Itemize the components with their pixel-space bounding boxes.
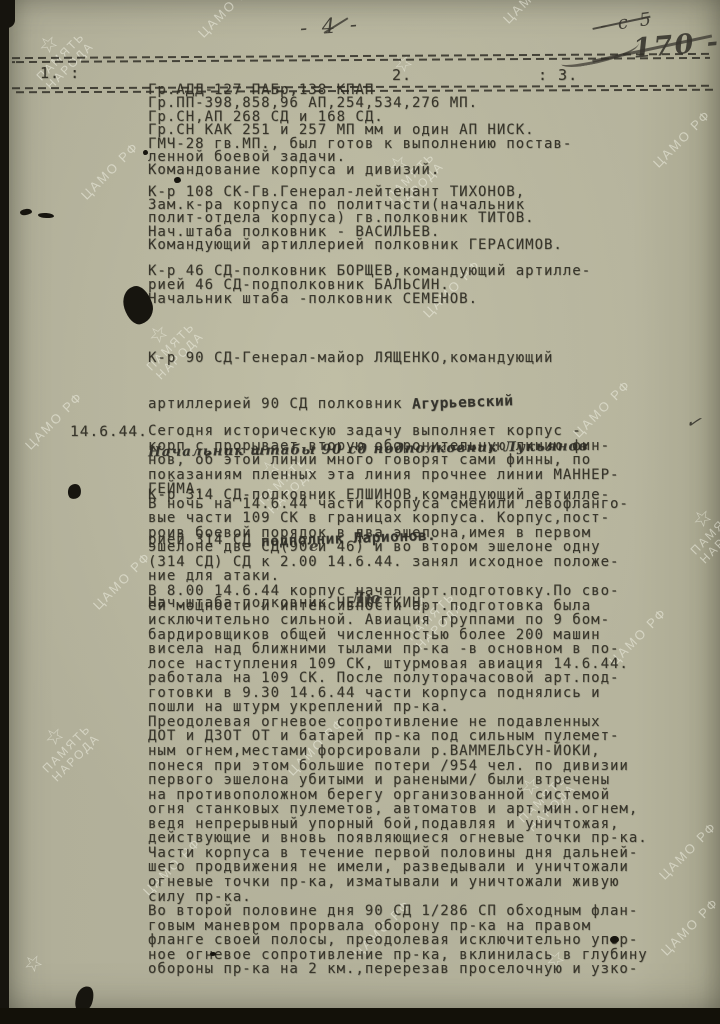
typed-line: ным огнем,местами форсировали р.ВАММЕЛЬС… <box>148 744 648 759</box>
typed-line: исключительно сильной. Авиация группами … <box>148 613 648 628</box>
corps-command-section: К-р 108 СК-Гв.Генерал-лейтенант ТИХОНОВ,… <box>148 186 563 252</box>
typed-line: понеся при этом большие потери /954 чел.… <box>148 759 648 774</box>
typed-line: К-р 90 СД-Генерал-майор ЛЯЩЕНКО,командую… <box>148 352 610 366</box>
page-number-mark: - 4 - <box>299 12 361 40</box>
typed-line: вые части 109 СК в границах корпуса. Кор… <box>148 511 648 526</box>
entry-date: 14.6.44. <box>70 424 148 440</box>
scanned-document-page: ☆ПАМЯТЬНАРОДАЦАМО РФЦАМО РФ☆ЦАМО РФ☆ПАМЯ… <box>0 0 720 1024</box>
archive-watermark-text: ЦАМО РФ <box>650 107 714 171</box>
typed-line: Во второй половине дня 90 СД 1/286 СП об… <box>148 904 648 919</box>
watermark-archive: ЦАМО РФ <box>656 819 720 884</box>
star-icon: ☆ <box>18 948 48 978</box>
typed-line: В ночь на 14.6.44 части корпуса сменили … <box>148 497 648 512</box>
watermark-archive: ЦАМО РФ <box>500 0 565 28</box>
typed-line: пошли на штурм укреплений пр-ка. <box>148 700 648 715</box>
paper-hole <box>143 150 148 155</box>
paper-hole <box>38 212 54 218</box>
typed-line: работала на 109 СК. После полуторачасово… <box>148 671 648 686</box>
typed-line: первого эшелона убитыми и ранеными/ были… <box>148 773 648 788</box>
archive-watermark-text: ЦАМО РФ <box>78 139 142 203</box>
watermark-archive: ЦАМО РФ <box>90 549 155 614</box>
typed-line: обороны пр-ка на 2 км.,перерезав просело… <box>148 962 648 977</box>
typed-line: (314 СД) СД к 2.00 14.6.44. занял исходн… <box>148 555 648 570</box>
handwritten-name-agurevsky: Агурьевский <box>412 395 514 412</box>
typed-line: эшелоне две СД(90 и 46) и во втором эшел… <box>148 540 648 555</box>
typed-line: В 8.00 14.6.44 корпус начал арт.подготов… <box>148 584 648 599</box>
typed-line: действующие и вновь появляющиеся огневые… <box>148 831 648 846</box>
watermark-archive: ЦАМО РФ <box>22 389 87 454</box>
archive-watermark-text: ЦАМО РФ <box>22 389 86 453</box>
paper-hole <box>20 208 33 216</box>
watermark-archive: ЦАМО РФ <box>195 0 260 42</box>
archive-watermark-text: ЦАМО РФ <box>656 819 720 883</box>
project-watermark-line2: НАРОДА <box>697 513 720 566</box>
dashed-rule-top <box>12 53 710 66</box>
paper-hole <box>610 936 619 943</box>
watermark-archive: ЦАМО РФ <box>78 139 143 204</box>
column-header-3: : 3. <box>538 66 578 84</box>
typed-line: на противоположном берегу организованной… <box>148 788 648 803</box>
typed-line: корп с прорывает вторую оборонительную л… <box>148 439 648 454</box>
scan-edge-left <box>0 0 9 1024</box>
typed-line: показаниям пленных эта линия прочнее лин… <box>148 468 648 483</box>
project-watermark-line1: ПАМЯТЬ <box>688 504 720 557</box>
typed-line: висела над ближними тылами пр-ка -в осно… <box>148 642 648 657</box>
scan-edge-bottom <box>0 1008 720 1024</box>
typed-line: Части корпуса в течение первой половины … <box>148 846 648 861</box>
watermark-star: ☆ <box>18 948 48 978</box>
handwritten-correction-e: е <box>309 537 319 555</box>
watermark-project: ☆ПАМЯТЬНАРОДА <box>672 488 720 566</box>
typed-line: говым маневром прорвала оборону пр-ка на… <box>148 919 648 934</box>
watermark-archive: ЦАМО РФ <box>658 895 720 960</box>
typed-line: Командование корпуса и дивизий. <box>148 164 572 177</box>
archive-watermark-text: ЦАМО РФ <box>500 0 564 27</box>
entry-body: Сегодня историческую задачу выполняет ко… <box>148 424 648 977</box>
typed-fragment: артиллерией 90 СД полковник <box>148 396 412 412</box>
typed-line: Командующий артиллерией полковник ГЕРАСИ… <box>148 239 563 252</box>
typed-line: силу пр-ка. <box>148 890 648 905</box>
typed-line: огня станковых пулеметов, автоматов и ар… <box>148 802 648 817</box>
typed-line: Сегодня историческую задачу выполняет ко… <box>148 424 648 439</box>
typed-line: шего продвижения не имели, разведывали и… <box>148 860 648 875</box>
star-icon: ☆ <box>672 488 720 549</box>
project-watermark-line2: НАРОДА <box>49 731 102 784</box>
archive-watermark-text: ЦАМО РФ <box>658 895 720 959</box>
typed-line: нов, об этой линии много говорят сами фи… <box>148 453 648 468</box>
watermark-project: ☆ПАМЯТЬНАРОДА <box>24 706 102 784</box>
typed-line: фланге своей полосы, преодолевая исключи… <box>148 933 648 948</box>
star-icon: ☆ <box>24 706 85 767</box>
project-watermark-line1: ПАМЯТЬ <box>40 722 93 775</box>
paper-hole <box>174 177 181 183</box>
watermark-archive: ЦАМО РФ <box>650 107 715 172</box>
scan-edge-corner <box>0 0 15 28</box>
artillery-groups-section: Гр.АДД-127 ПАБр,138 КПАПГр.ПП-398,858,96… <box>148 84 572 178</box>
typed-line: артиллерией 90 СД полковник Агурьевский <box>148 398 610 412</box>
archive-watermark-text: ЦАМО РФ <box>90 549 154 613</box>
typed-line: Начальник штаба -полковник СЕМЕНОВ. <box>148 293 591 307</box>
column-header-1: 1. : <box>40 64 80 82</box>
typed-line: огневые точки пр-ка, изматывали и уничто… <box>148 875 648 890</box>
archive-watermark-text: ЦАМО РФ <box>195 0 259 41</box>
typed-line: ДОТ и ДЗОТ ОТ и батарей пр-ка под сильны… <box>148 729 648 744</box>
margin-checkmark: ✓ <box>684 411 703 435</box>
paper-hole <box>67 483 82 500</box>
column-header-2: 2. <box>392 66 412 84</box>
paper-hole <box>210 952 216 956</box>
typed-line: ние для атаки. <box>148 569 648 584</box>
division-46-section: К-р 46 СД-полковник БОРЩЕВ,командующий а… <box>148 265 591 306</box>
typed-line: ей мощности и интенсивности арт.подготов… <box>148 599 648 614</box>
typed-line: ГЕЙМА. <box>148 482 648 497</box>
